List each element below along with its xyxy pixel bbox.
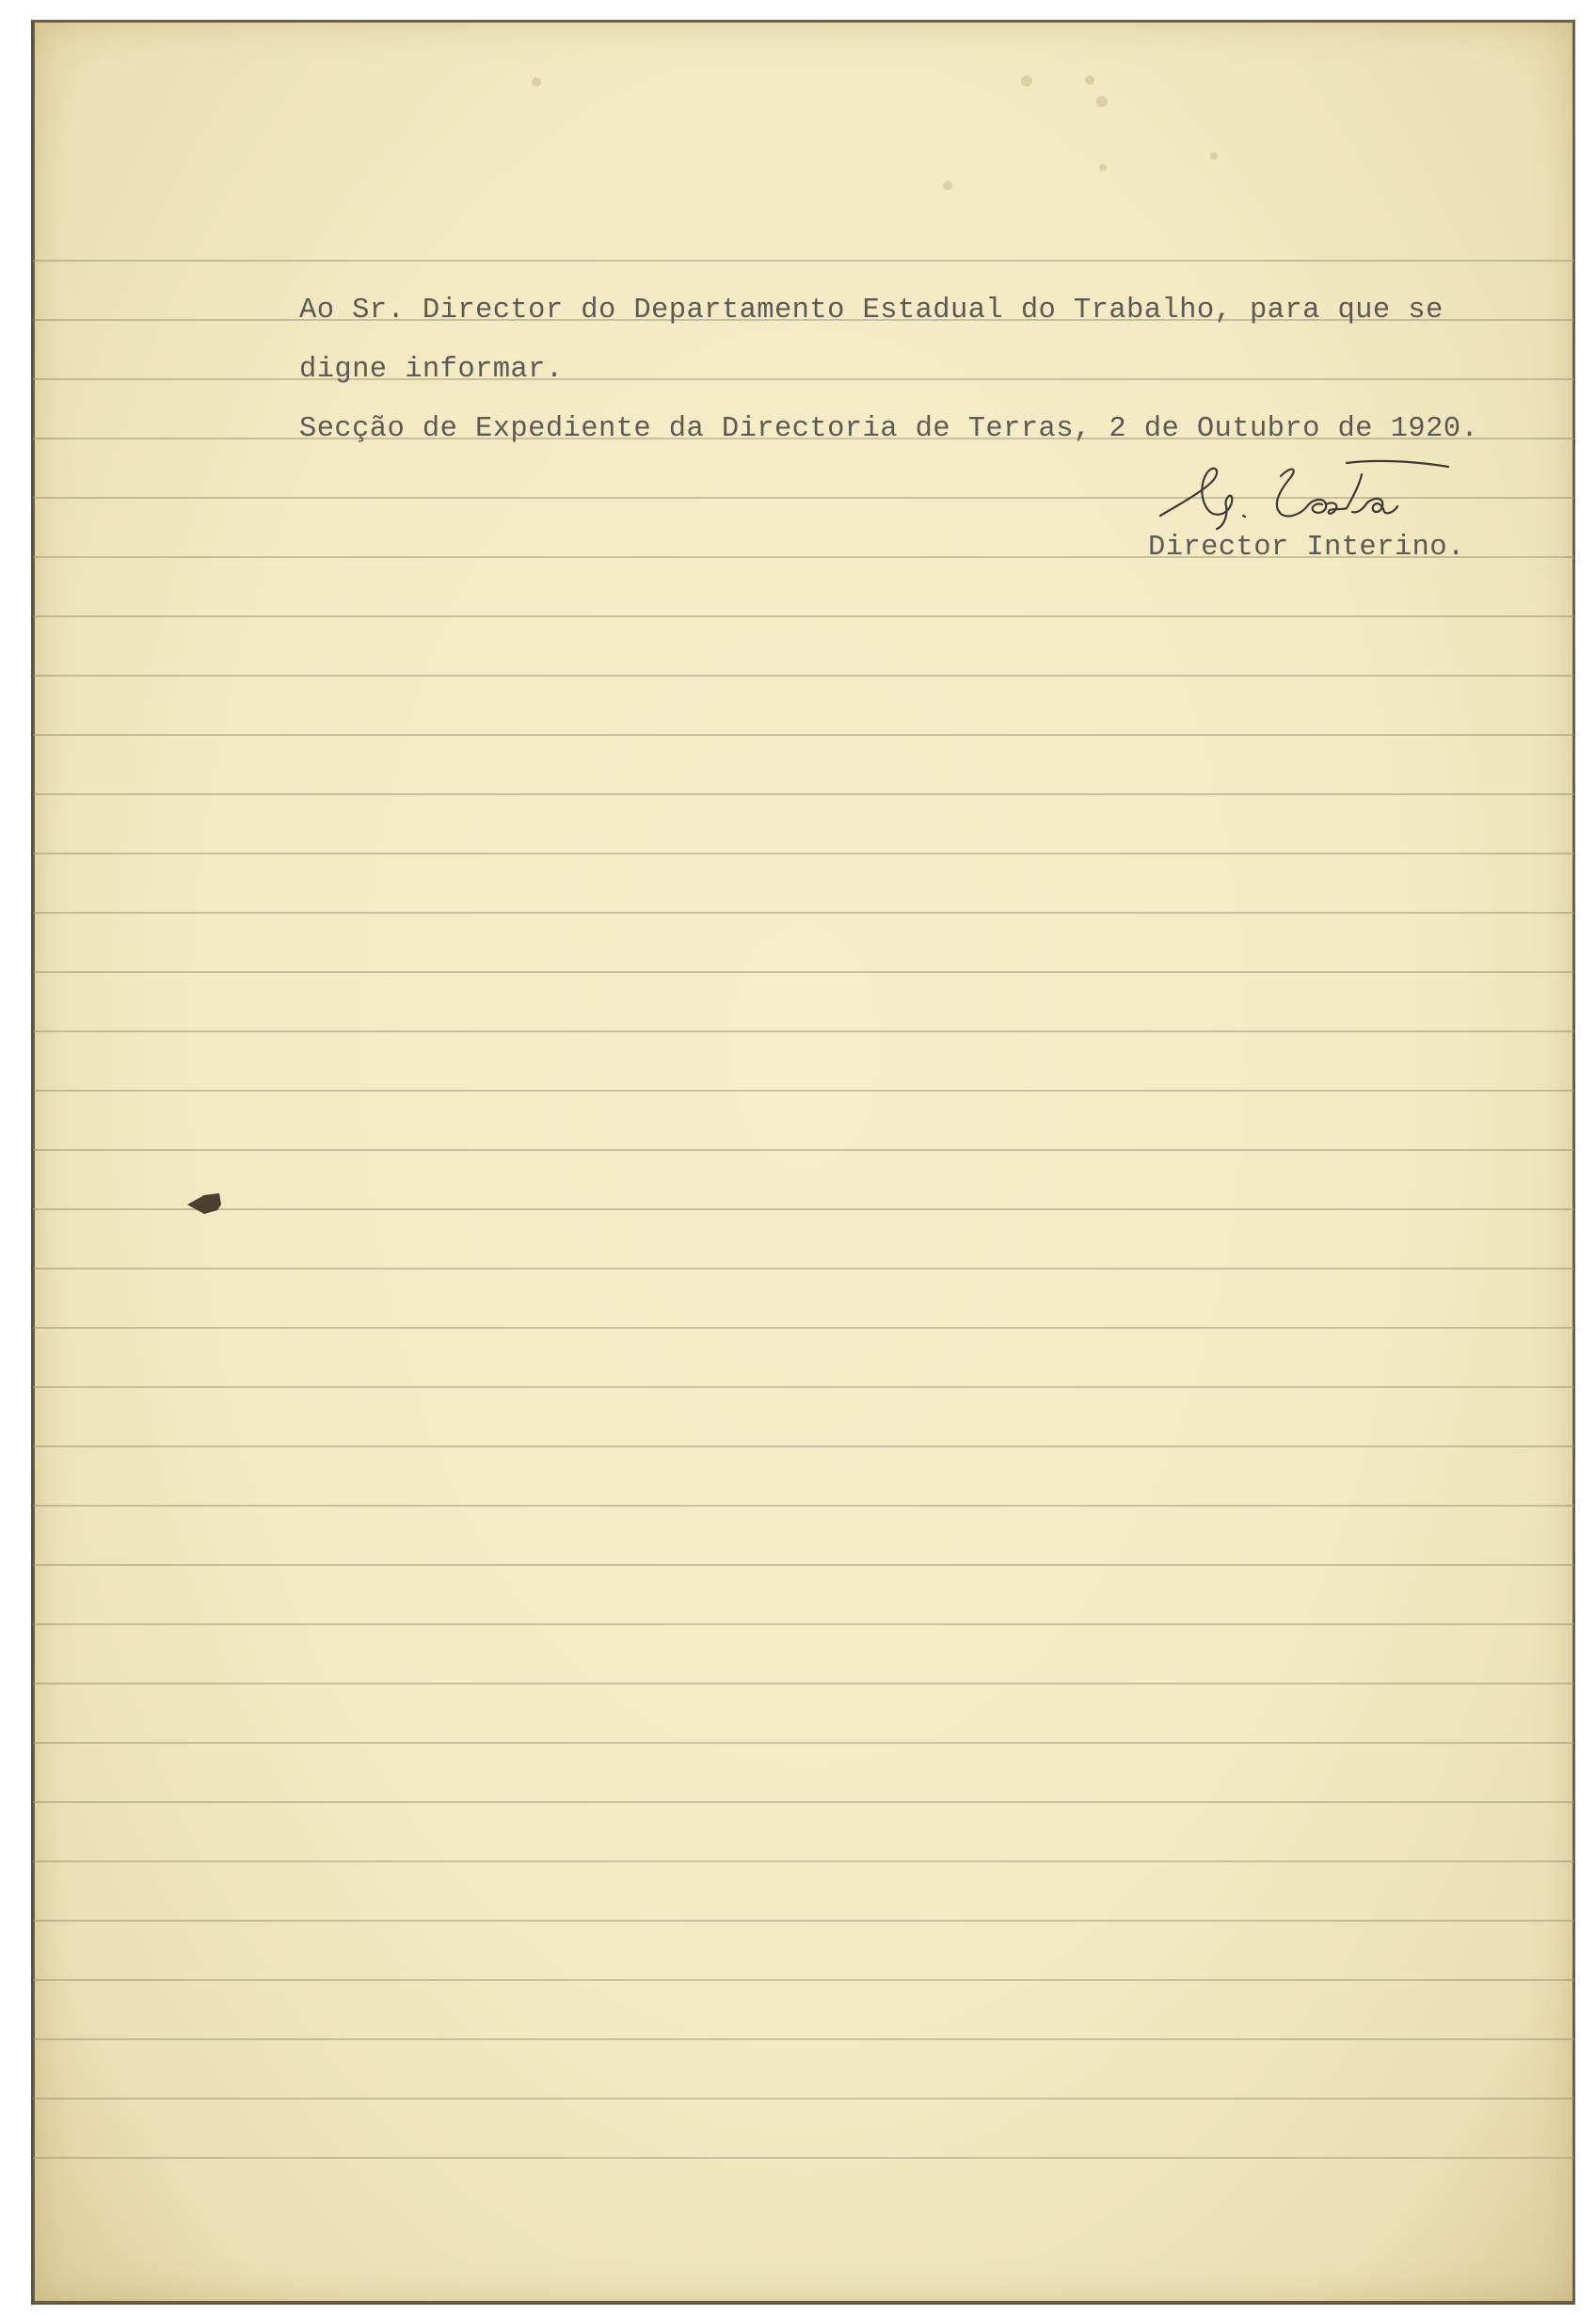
ruled-line — [33, 1149, 1574, 1151]
ruled-line — [33, 1920, 1574, 1922]
ruled-line — [33, 1030, 1574, 1032]
typed-line-addressee: Ao Sr. Director do Departamento Estadual… — [299, 296, 1444, 326]
ruled-line — [33, 853, 1574, 854]
ruled-line — [33, 1979, 1574, 1981]
ruled-line — [33, 1860, 1574, 1862]
ruled-line — [33, 971, 1574, 973]
ruled-line — [33, 912, 1574, 914]
handwritten-signature — [1141, 455, 1461, 531]
age-spot — [1085, 75, 1094, 85]
age-spot — [1021, 75, 1032, 87]
ruled-line — [33, 1801, 1574, 1803]
ruled-line — [33, 260, 1574, 262]
age-spot — [1210, 152, 1218, 160]
ruled-line — [33, 793, 1574, 795]
ruled-line — [33, 1623, 1574, 1625]
ruled-line — [33, 1208, 1574, 1210]
ruled-line — [33, 2157, 1574, 2159]
age-spot — [532, 77, 541, 87]
ruled-line — [33, 1386, 1574, 1388]
ruled-line — [33, 1742, 1574, 1744]
age-spot — [943, 181, 952, 190]
ruled-line — [33, 675, 1574, 677]
typed-line-request: digne informar. — [299, 356, 564, 385]
ruled-line — [33, 615, 1574, 617]
ruled-line — [33, 1445, 1574, 1447]
ruled-line — [33, 1564, 1574, 1566]
ruled-line — [33, 734, 1574, 736]
ruled-line — [33, 1268, 1574, 1269]
punched-hole — [185, 1191, 223, 1216]
signature-title: Director Interino. — [1148, 534, 1465, 563]
ruled-line — [33, 378, 1574, 380]
age-spot — [1096, 96, 1108, 107]
ruled-line — [33, 2098, 1574, 2099]
ruled-line — [33, 2038, 1574, 2040]
document-page: Ao Sr. Director do Departamento Estadual… — [31, 20, 1575, 2305]
ruled-line — [33, 1683, 1574, 1684]
ruled-line — [33, 1090, 1574, 1092]
age-spot — [1099, 164, 1107, 171]
typed-line-place-date: Secção de Expediente da Directoria de Te… — [299, 415, 1478, 444]
ruled-line — [33, 1505, 1574, 1507]
ruled-line — [33, 1327, 1574, 1329]
